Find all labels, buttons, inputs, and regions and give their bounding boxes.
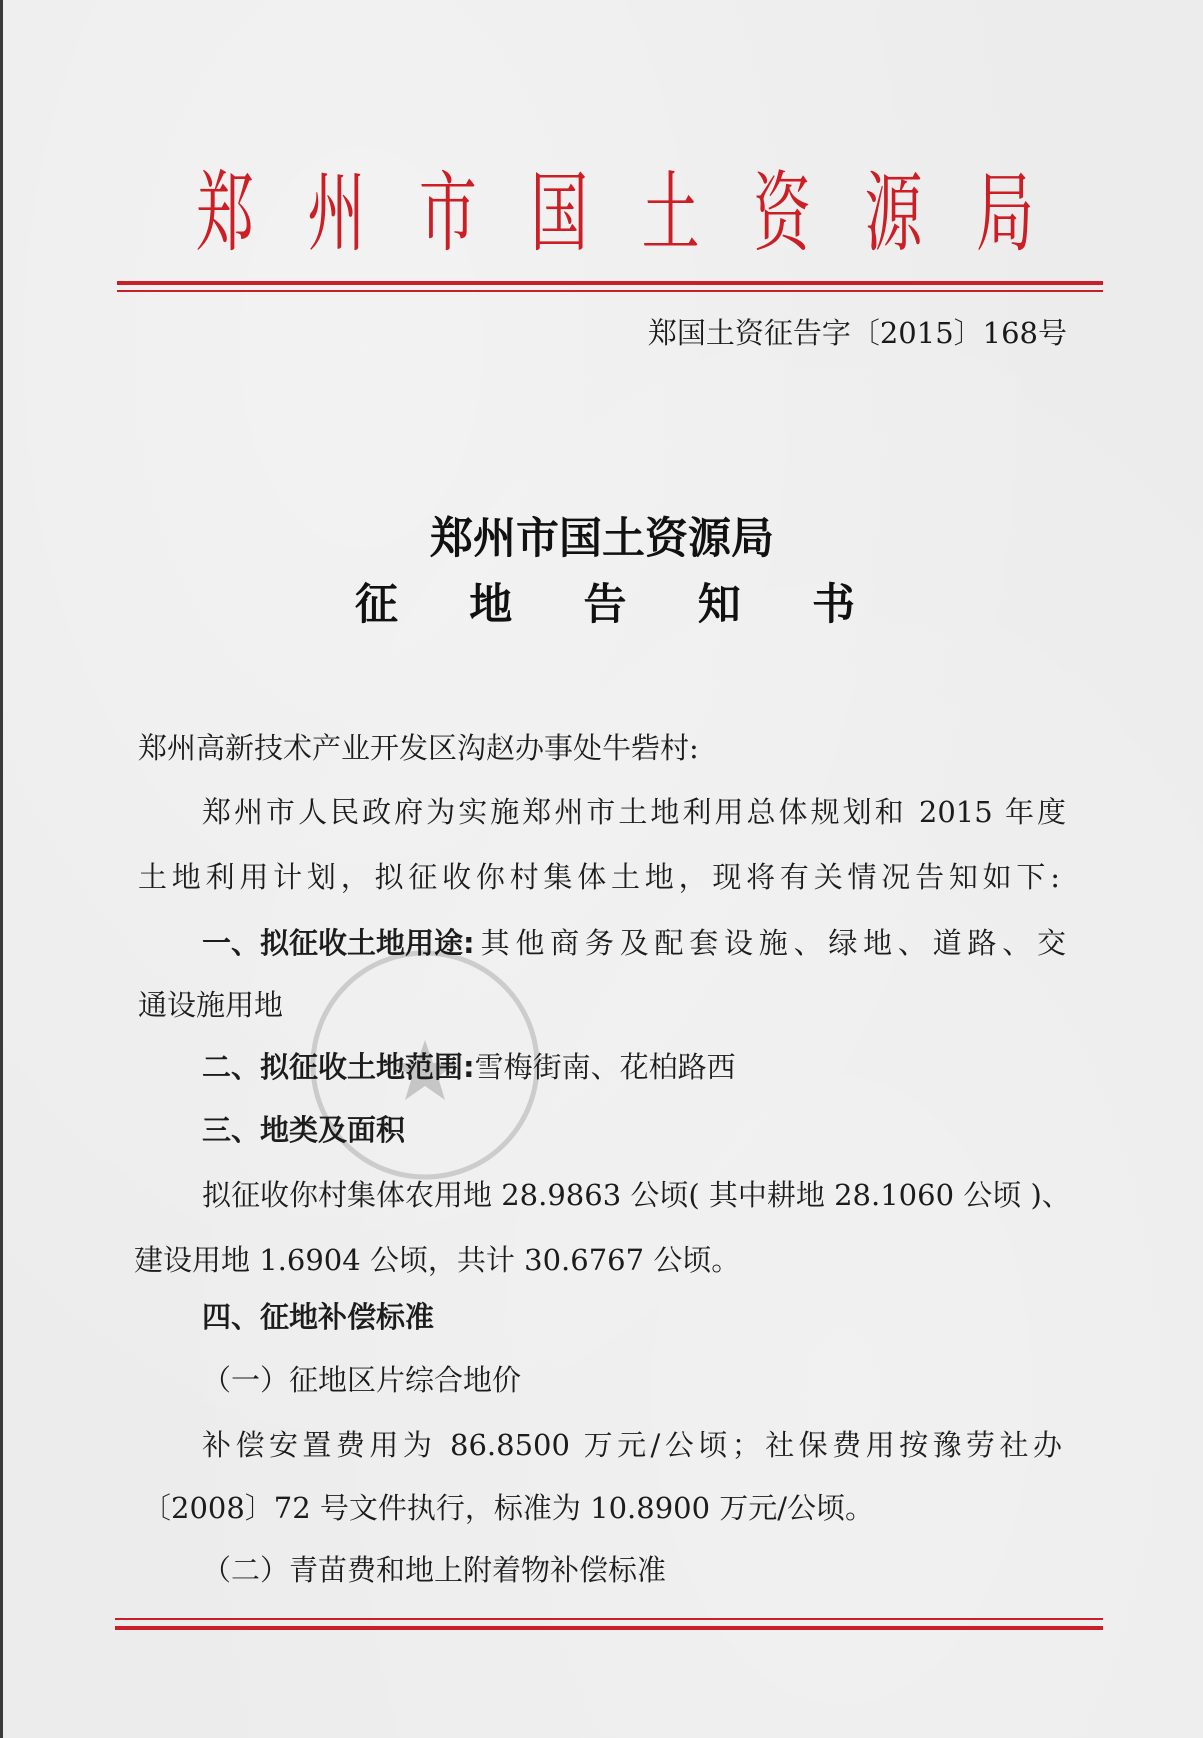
- footer-thick-rule: [115, 1626, 1103, 1630]
- document-number: 郑国土资征告字〔2015〕168号: [600, 313, 1067, 353]
- section-3-text-1: 拟征收你村集体农用地 28.9863 公顷( 其中耕地 28.1060 公顷 )…: [202, 1175, 1064, 1215]
- section-1: 一、拟征收土地用途: 其他商务及配套设施、绿地、道路、交: [202, 923, 1066, 963]
- section-1-text: 其他商务及配套设施、绿地、道路、交: [475, 923, 1066, 963]
- intro-line-2: 土地利用计划，拟征收你村集体土地，现将有关情况告知如下:: [138, 857, 1060, 897]
- document-page: 郑 州 市 国 土 资 源 局 郑国土资征告字〔2015〕168号 郑州市国土资…: [0, 0, 1203, 1738]
- section-4-sub1-text-2: 〔2008〕72 号文件执行，标准为 10.8900 万元/公顷。: [142, 1488, 874, 1528]
- footer-thin-rule: [115, 1618, 1103, 1620]
- masthead-char: 市: [418, 170, 478, 257]
- masthead-char: 土: [641, 170, 701, 257]
- addressee: 郑州高新技术产业开发区沟赵办事处牛砦村:: [138, 728, 699, 768]
- header-thin-rule: [117, 290, 1103, 292]
- section-3-heading: 三、地类及面积: [202, 1110, 405, 1150]
- masthead-title: 郑 州 市 国 土 资 源 局: [195, 158, 1035, 268]
- section-4-sub1-text-1: 补偿安置费用为 86.8500 万元/公顷；社保费用按豫劳社办: [202, 1425, 1062, 1465]
- section-1-heading: 一、拟征收土地用途:: [202, 923, 475, 963]
- section-2-heading: 二、拟征收土地范围:: [202, 1050, 475, 1084]
- section-4-heading: 四、征地补偿标准: [202, 1297, 434, 1337]
- title-char: 书: [812, 578, 855, 632]
- masthead-char: 州: [306, 170, 366, 257]
- section-2: 二、拟征收土地范围:雪梅街南、花柏路西: [202, 1047, 736, 1087]
- section-2-text: 雪梅街南、花柏路西: [475, 1050, 736, 1084]
- scan-edge: [0, 0, 3, 1738]
- section-4-sub1-heading: （一）征地区片综合地价: [202, 1360, 521, 1400]
- title-char: 地: [469, 578, 512, 632]
- masthead-char: 郑: [195, 170, 255, 257]
- section-3-text-2: 建设用地 1.6904 公顷，共计 30.6767 公顷。: [134, 1240, 740, 1280]
- title-char: 知: [698, 578, 741, 632]
- document-title: 征 地 告 知 书: [355, 578, 855, 632]
- masthead-char: 局: [975, 170, 1035, 257]
- masthead-char: 源: [864, 170, 924, 257]
- header-thick-rule: [117, 281, 1103, 285]
- title-char: 征: [355, 578, 398, 632]
- document-issuer-title: 郑州市国土资源局: [300, 512, 904, 566]
- intro-line-1: 郑州市人民政府为实施郑州市土地利用总体规划和 2015 年度: [202, 792, 1066, 832]
- masthead-char: 资: [752, 170, 812, 257]
- section-1-text-cont: 通设施用地: [138, 985, 283, 1025]
- title-char: 告: [584, 578, 627, 632]
- section-4-sub2-heading: （二）青苗费和地上附着物补偿标准: [202, 1550, 666, 1590]
- masthead-char: 国: [529, 170, 589, 257]
